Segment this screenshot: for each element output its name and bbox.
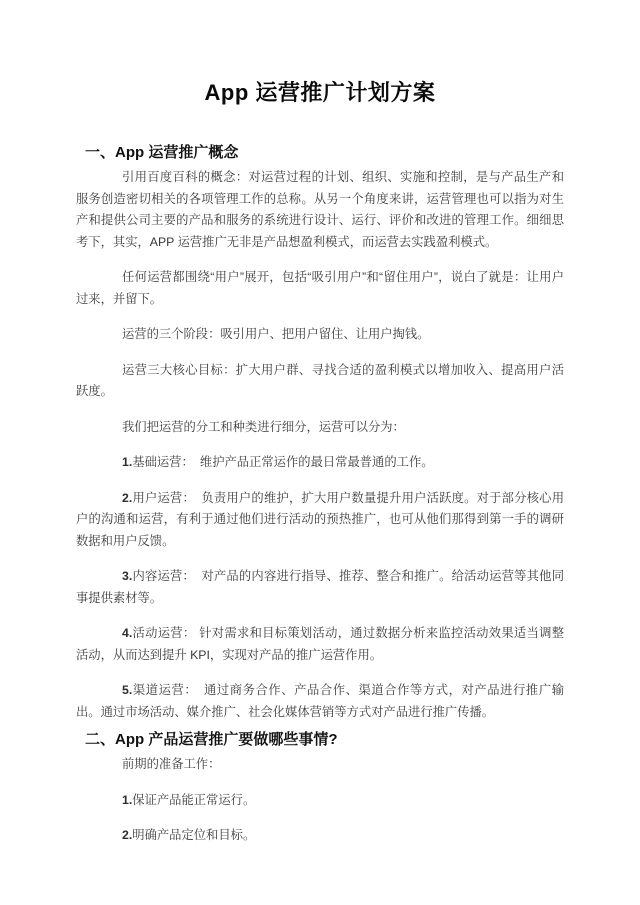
list-item-basic-operation: 1.基础运营： 维护产品正常运作的最日常最普通的工作。 — [76, 452, 564, 474]
list-item-number: 2. — [122, 491, 132, 505]
list-item-number: 4. — [122, 626, 132, 640]
section-1-heading: 一、App 运营推广概念 — [76, 142, 564, 164]
list-item-text: 用户运营： 负责用户的维护，扩大用户数量提升用户活跃度。对于部分核心用户的沟通和… — [76, 491, 564, 548]
list-item-channel-operation: 5.渠道运营： 通过商务合作、产品合作、渠道合作等方式，对产品进行推广输出。通过… — [76, 680, 564, 723]
paragraph-three-stages: 运营的三个阶段：吸引用户、把用户留住、让用户掏钱。 — [76, 324, 564, 346]
list-item-user-operation: 2.用户运营： 负责用户的维护，扩大用户数量提升用户活跃度。对于部分核心用户的沟… — [76, 488, 564, 553]
list-item-text: 保证产品能正常运行。 — [132, 793, 255, 807]
list-item-text: 活动运营： 针对需求和目标策划活动，通过数据分析来监控活动效果适当调整活动，从而… — [76, 626, 564, 662]
paragraph-user-focus: 任何运营都围绕“用户”展开，包括“吸引用户”和“留住用户”，说白了就是：让用户过… — [76, 267, 564, 310]
list-item-number: 1. — [122, 455, 132, 469]
list-item-number: 2. — [122, 828, 132, 842]
document-title: App 运营推广计划方案 — [76, 79, 564, 106]
document-page: App 运营推广计划方案 一、App 运营推广概念 引用百度百科的概念：对运营过… — [0, 0, 640, 905]
list-item-activity-operation: 4.活动运营： 针对需求和目标策划活动，通过数据分析来监控活动效果适当调整活动，… — [76, 623, 564, 666]
list-item-number: 3. — [122, 569, 132, 583]
list-item-text: 基础运营： 维护产品正常运作的最日常最普通的工作。 — [132, 455, 433, 469]
list-item-number: 5. — [122, 683, 132, 697]
list-item-content-operation: 3.内容运营： 对产品的内容进行指导、推荐、整合和推广。给活动运营等其他同事提供… — [76, 566, 564, 609]
list-item-text: 明确产品定位和目标。 — [132, 828, 255, 842]
list-item-text: 渠道运营： 通过商务合作、产品合作、渠道合作等方式，对产品进行推广输出。通过市场… — [76, 683, 564, 719]
list-item-ensure-running: 1.保证产品能正常运行。 — [76, 790, 564, 812]
list-item-clarify-positioning: 2.明确产品定位和目标。 — [76, 825, 564, 847]
section-2-heading: 二、App 产品运营推广要做哪些事情? — [76, 729, 564, 751]
paragraph-preparation-intro: 前期的准备工作： — [76, 754, 564, 776]
paragraph-three-goals: 运营三大核心目标：扩大用户群、寻找合适的盈利模式以增加收入、提高用户活跃度。 — [76, 360, 564, 403]
paragraph-concept-definition: 引用百度百科的概念：对运营过程的计划、组织、实施和控制，是与产品生产和服务创造密… — [76, 167, 564, 253]
list-item-number: 1. — [122, 793, 132, 807]
paragraph-division-intro: 我们把运营的分工和种类进行细分，运营可以分为： — [76, 417, 564, 439]
list-item-text: 内容运营： 对产品的内容进行指导、推荐、整合和推广。给活动运营等其他同事提供素材… — [76, 569, 564, 605]
